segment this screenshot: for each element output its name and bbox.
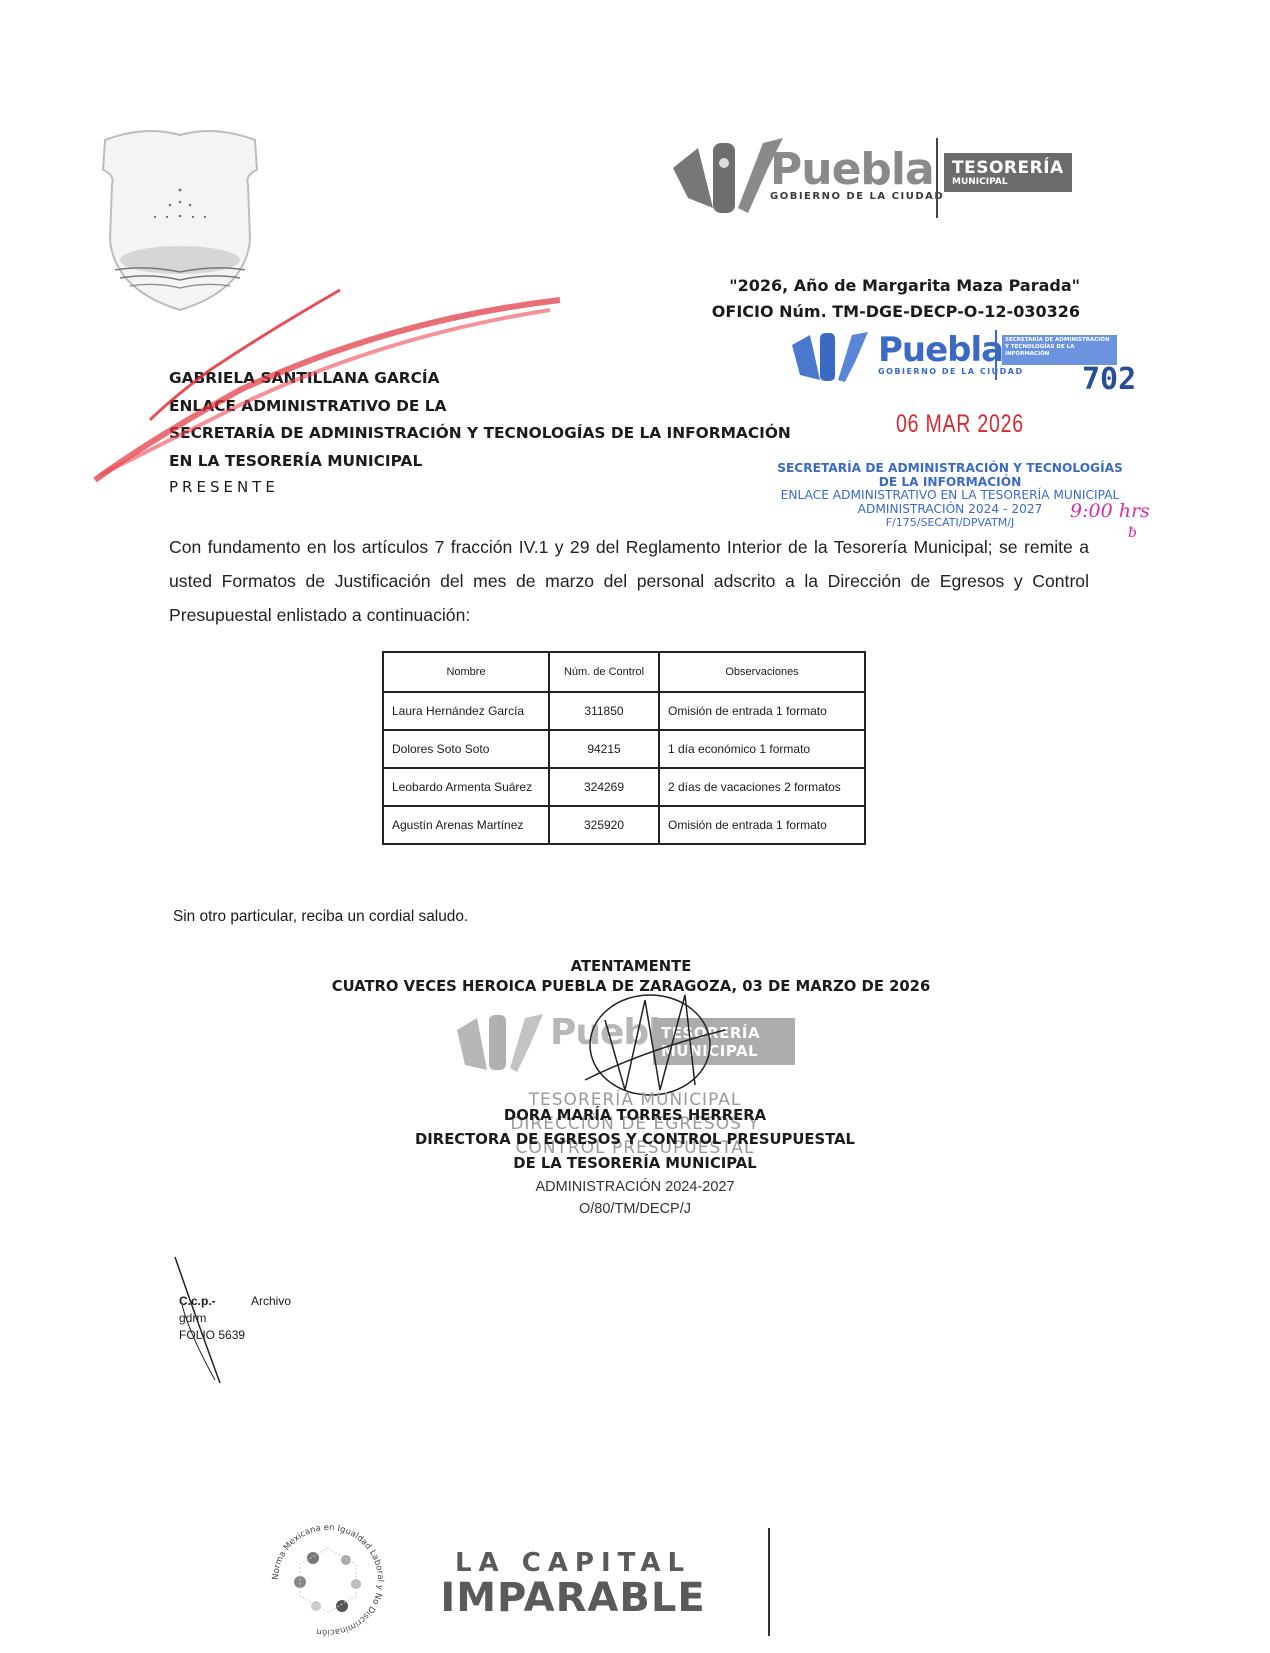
atentamente: ATENTAMENTE [0,958,1266,975]
receipt-date-stamp: 06 MAR 2026 [896,410,1024,439]
logo-subtitle: GOBIERNO DE LA CIUDAD [770,191,944,202]
table-row: Agustín Arenas Martínez 325920 Omisión d… [383,806,865,844]
header-logo: Puebla GOBIERNO DE LA CIUDAD TESORERÍA M… [668,128,1128,228]
table-row: Dolores Soto Soto 94215 1 día económico … [383,730,865,768]
personnel-table: Nombre Núm. de Control Observaciones Lau… [382,651,866,845]
equality-seal-icon: Norma Mexicana en Igualdad Laboral y No … [268,1520,388,1640]
logo-puebla-wordmark: Puebla [770,144,944,195]
handwritten-initial: ƀ [1128,525,1137,541]
receipt-stamp-badge: SECRETARÍA DE ADMINISTRACIÓN Y TECNOLOGÍ… [1002,335,1117,365]
signer-name: DORA MARÍA TORRES HERRERA [0,1104,1270,1128]
column-header-observaciones: Observaciones [659,652,865,692]
table-header-row: Nombre Núm. de Control Observaciones [383,652,865,692]
salutation: PRESENTE [169,478,279,496]
initial-pen-stroke [170,1255,230,1385]
coat-of-arms-watermark [85,120,275,315]
signer-reference: ADMINISTRACIÓN 2024-2027 O/80/TM/DECP/J [0,1176,1270,1220]
column-header-nombre: Nombre [383,652,549,692]
receipt-folio-number: 702 [1082,362,1136,397]
table-row: Leobardo Armenta Suárez 324269 2 días de… [383,768,865,806]
closing-greeting: Sin otro particular, reciba un cordial s… [173,908,468,926]
city-emblem-icon [790,330,870,386]
logo-divider [936,138,938,218]
addressee-name: GABRIELA SANTILLANA GARCÍA [169,365,791,393]
slogan-logo: LA CAPITAL IMPARABLE [418,1548,728,1618]
addressee-block: GABRIELA SANTILLANA GARCÍA ENLACE ADMINI… [169,365,791,475]
addressee-title: ENLACE ADMINISTRATIVO DE LA [169,393,791,421]
slogan-line2: IMPARABLE [418,1578,728,1618]
body-paragraph: Con fundamento en los artículos 7 fracci… [169,530,1089,632]
footer-divider [768,1528,770,1636]
table-row: Laura Hernández García 311850 Omisión de… [383,692,865,730]
handwritten-time: 9:00 hrs [1070,500,1150,522]
receipt-stamp-logo: Puebla GOBIERNO DE LA CIUDAD SECRETARÍA … [790,330,1120,386]
column-header-control: Núm. de Control [549,652,659,692]
oficio-number: OFICIO Núm. TM-DGE-DECP-O-12-030326 [712,302,1080,321]
signer-title: DIRECTORA DE EGRESOS Y CONTROL PRESUPUES… [0,1128,1270,1152]
city-emblem-icon [455,1010,545,1075]
slogan-line1: LA CAPITAL [418,1548,728,1578]
department-badge: TESORERÍA MUNICIPAL [944,153,1072,192]
ccp-value: Archivo [251,1294,291,1308]
svg-text:Norma Mexicana en Igualdad Lab: Norma Mexicana en Igualdad Laboral y No … [271,1523,385,1638]
signer-block: DORA MARÍA TORRES HERRERA DIRECTORA DE E… [0,1104,1270,1176]
year-motto: "2026, Año de Margarita Maza Parada" [729,276,1080,295]
